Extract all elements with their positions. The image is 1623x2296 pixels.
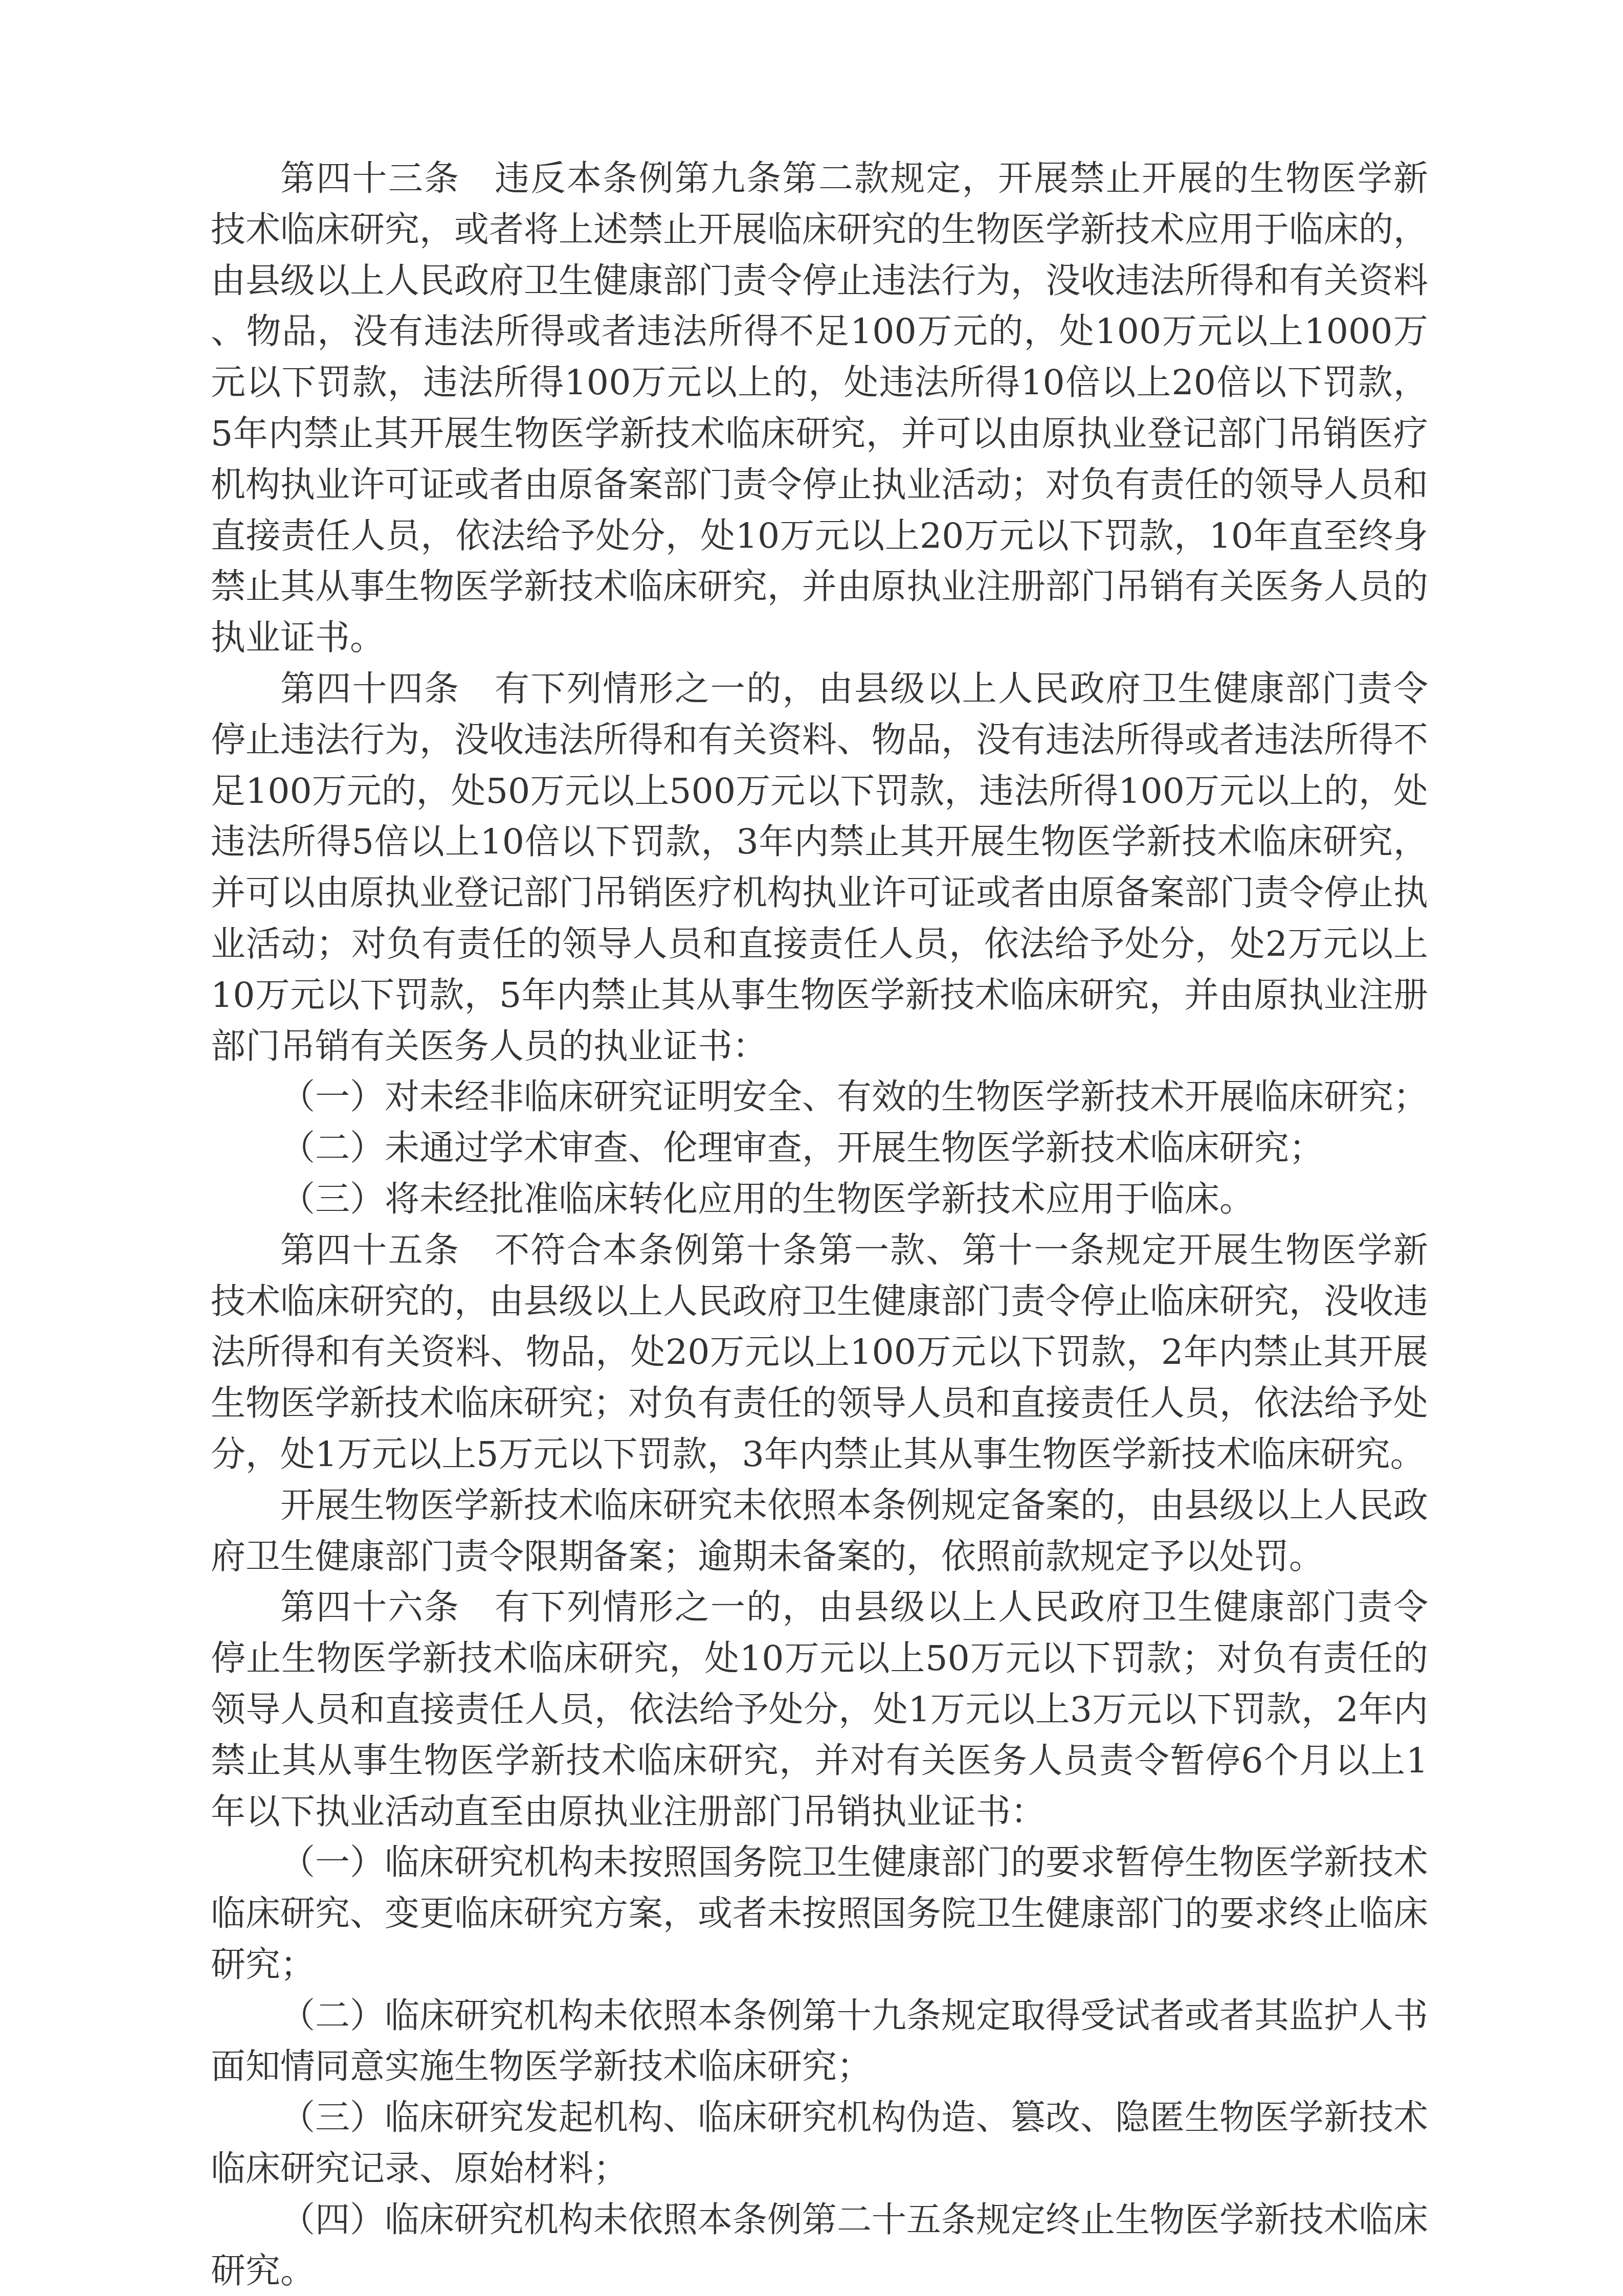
article-44-paragraph: 第四十四条有下列情形之一的，由县级以上人民政府卫生健康部门责令停止违法行为，没收… <box>211 664 1428 1072</box>
document-page: 第四十三条违反本条例第九条第二款规定，开展禁止开展的生物医学新技术临床研究，或者… <box>211 153 1428 2296</box>
list-item-text: （二）临床研究机构未依照本条例第十九条规定取得受试者或者其监护人书面知情同意实施… <box>211 1996 1428 2087</box>
article-45-paragraph: 第四十五条不符合本条例第十条第一款、第十一条规定开展生物医学新技术临床研究的，由… <box>211 1225 1428 1480</box>
paragraph-text: 有下列情形之一的，由县级以上人民政府卫生健康部门责令停止违法行为，没收违法所得和… <box>211 669 1428 1067</box>
list-item-text: （三）临床研究发起机构、临床研究机构伪造、篡改、隐匿生物医学新技术临床研究记录、… <box>211 2098 1428 2189</box>
article-number: 第四十四条 <box>280 669 460 709</box>
list-item-text: （四）临床研究机构未依照本条例第二十五条规定终止生物医学新技术临床研究。 <box>211 2200 1428 2291</box>
article-44-item-1: （一）对未经非临床研究证明安全、有效的生物医学新技术开展临床研究； <box>211 1072 1428 1123</box>
paragraph-text: 开展生物医学新技术临床研究未依照本条例规定备案的，由县级以上人民政府卫生健康部门… <box>211 1485 1428 1577</box>
article-43-paragraph: 第四十三条违反本条例第九条第二款规定，开展禁止开展的生物医学新技术临床研究，或者… <box>211 153 1428 664</box>
list-item-text: （二）未通过学术审查、伦理审查，开展生物医学新技术临床研究； <box>280 1128 1324 1168</box>
article-46-item-2: （二）临床研究机构未依照本条例第十九条规定取得受试者或者其监护人书面知情同意实施… <box>211 1991 1428 2093</box>
article-number: 第四十三条 <box>280 159 460 199</box>
article-44-item-3: （三）将未经批准临床转化应用的生物医学新技术应用于临床。 <box>211 1174 1428 1225</box>
list-item-text: （一）临床研究机构未按照国务院卫生健康部门的要求暂停生物医学新技术临床研究、变更… <box>211 1842 1428 1985</box>
list-item-text: （三）将未经批准临床转化应用的生物医学新技术应用于临床。 <box>280 1179 1254 1220</box>
article-45-paragraph-2: 开展生物医学新技术临床研究未依照本条例规定备案的，由县级以上人民政府卫生健康部门… <box>211 1480 1428 1583</box>
article-number: 第四十六条 <box>280 1587 460 1628</box>
article-46-item-1: （一）临床研究机构未按照国务院卫生健康部门的要求暂停生物医学新技术临床研究、变更… <box>211 1837 1428 1990</box>
list-item-text: （一）对未经非临床研究证明安全、有效的生物医学新技术开展临床研究； <box>280 1077 1428 1117</box>
article-46-item-4: （四）临床研究机构未依照本条例第二十五条规定终止生物医学新技术临床研究。 <box>211 2195 1428 2296</box>
article-44-item-2: （二）未通过学术审查、伦理审查，开展生物医学新技术临床研究； <box>211 1123 1428 1174</box>
article-46-item-3: （三）临床研究发起机构、临床研究机构伪造、篡改、隐匿生物医学新技术临床研究记录、… <box>211 2092 1428 2195</box>
article-number: 第四十五条 <box>280 1230 460 1271</box>
article-46-paragraph: 第四十六条有下列情形之一的，由县级以上人民政府卫生健康部门责令停止生物医学新技术… <box>211 1582 1428 1837</box>
paragraph-text: 违反本条例第九条第二款规定，开展禁止开展的生物医学新技术临床研究，或者将上述禁止… <box>211 159 1428 658</box>
